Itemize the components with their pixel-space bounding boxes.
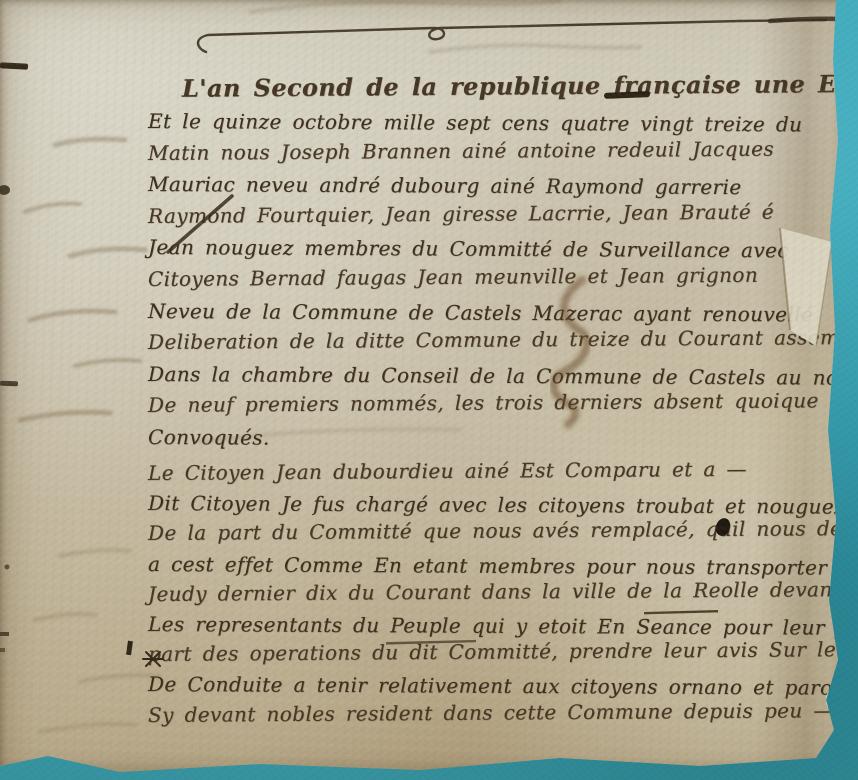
paragraph-testimony: Le Citoyen Jean dubourdieu ainé Est Comp… xyxy=(148,461,848,733)
paragraph-deliberation: L'an Second de la republique française u… xyxy=(148,74,848,457)
handwriting-line: Convoqués. xyxy=(148,425,848,460)
handwriting-line: De la part du Committé que nous avés rem… xyxy=(148,516,848,551)
handwriting-line: Jeudy dernier dix du Courant dans la vil… xyxy=(148,577,848,612)
paper-sheet: L'an Second de la republique française u… xyxy=(0,0,858,780)
handwriting-line: Deliberation de la ditte Commune du trei… xyxy=(148,325,848,361)
handwriting-line: Raymond Fourtquier, Jean giresse Lacrrie… xyxy=(148,199,848,235)
ink-flourish xyxy=(198,19,844,52)
handwriting-line: Matin nous Joseph Brannen ainé antoine r… xyxy=(148,136,848,172)
handwriting-line: L'an Second de la republique française u… xyxy=(148,69,848,109)
manuscript-photo: L'an Second de la republique française u… xyxy=(0,0,858,780)
margin-marks xyxy=(0,62,133,655)
handwriting-line: Le Citoyen Jean dubourdieu ainé Est Comp… xyxy=(148,456,848,491)
handwriting-line: Sy devant nobles resident dans cette Com… xyxy=(148,698,848,733)
handwriting-line: De neuf premiers nommés, les trois derni… xyxy=(148,388,848,424)
handwriting-line: Citoyens Bernad faugas Jean meunville et… xyxy=(148,262,848,298)
handwriting-line: part des operations du dit Committé, pre… xyxy=(148,637,848,672)
